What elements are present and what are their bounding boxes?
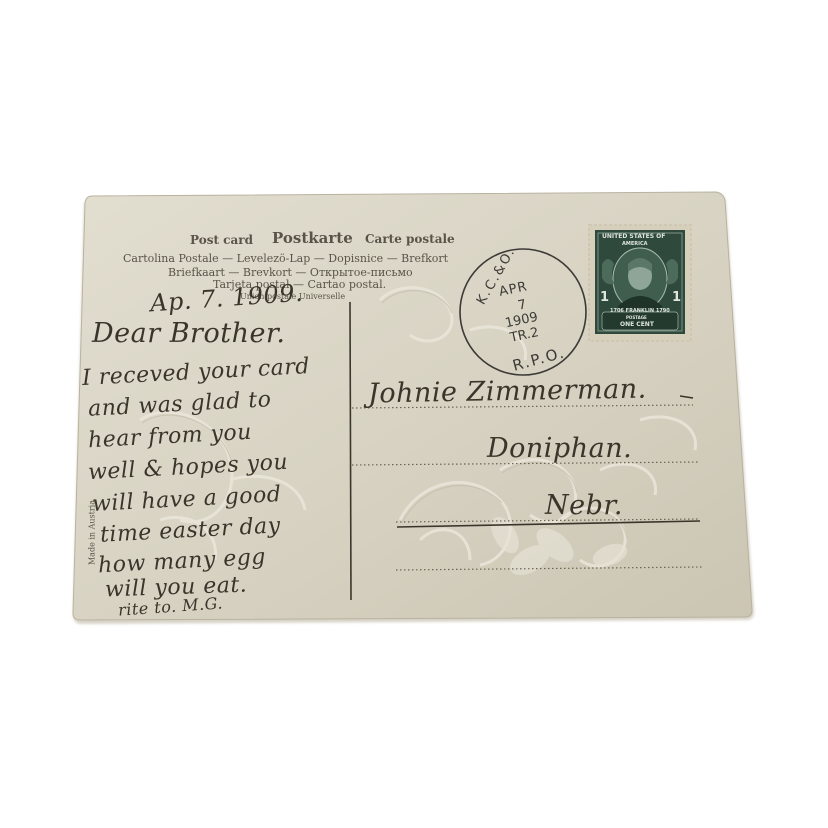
message-line: Dear Brother. <box>92 318 285 349</box>
stamp-postage-text: POSTAGE <box>626 315 647 320</box>
address-state: Nebr. <box>545 490 623 521</box>
postage-stamp: UNITED STATES OF AMERICA 1706 FRANKLIN 1… <box>588 224 692 342</box>
divider-line <box>350 302 351 600</box>
postcard-photo: Post card Postkarte Carte postale Cartol… <box>0 0 828 828</box>
stamp-one-cent-text: ONE CENT <box>620 321 654 328</box>
stamp-denomination-right: 1 <box>672 290 681 305</box>
stamp-denomination-left: 1 <box>600 290 609 305</box>
address-name: Johnie Zimmerman. <box>368 374 647 410</box>
header-postkarte: Postkarte <box>272 229 353 247</box>
header-post-card: Post card <box>190 233 253 247</box>
stamp-franklin-caption: 1706 FRANKLIN 1790 <box>610 308 670 314</box>
header-languages-line-2: Cartolina Postale — Levelezö-Lap — Dopis… <box>123 252 448 265</box>
stamp-america-text: AMERICA <box>622 241 648 247</box>
stamp-united-states-text: UNITED STATES OF <box>602 233 665 240</box>
header-carte-postale: Carte postale <box>365 232 455 246</box>
address-city: Doniphan. <box>487 433 632 464</box>
